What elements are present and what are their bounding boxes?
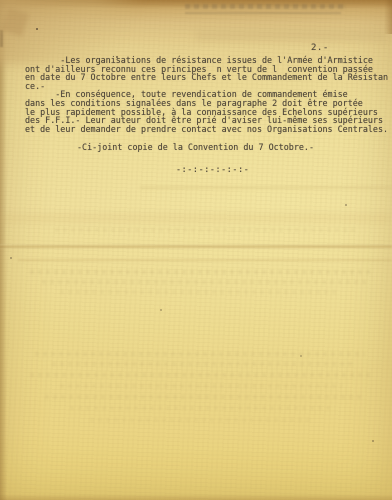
ink-speck: [372, 440, 374, 442]
ghost-text-band: [185, 4, 346, 14]
paper-edge-mark: [0, 30, 3, 47]
paper-stain-mark: [1, 7, 29, 37]
ink-speck: [345, 204, 347, 206]
ink-speck: [300, 355, 302, 357]
bleed-through-text: [52, 362, 352, 366]
paper-crease: [0, 244, 392, 249]
dotted-separator: -:-:-:-:-:-:-: [176, 164, 249, 174]
paper-edge-left: [0, 0, 7, 500]
paper-edge-right: [384, 0, 392, 34]
paper-crease: [140, 186, 392, 189]
document-body: -Les organisations de résistance issues …: [25, 56, 392, 133]
attachment-note: -Ci-joint copie de la Convention du 7 Oc…: [77, 142, 314, 152]
document-page: 2.- -Les organisations de résistance iss…: [0, 0, 392, 500]
ink-speck: [160, 309, 162, 311]
ink-speck: [36, 28, 38, 30]
paper-smudge: [196, 30, 386, 41]
bleed-through-text: [30, 373, 370, 377]
paper-edge-top: [0, 0, 392, 9]
bleed-through-text: [30, 270, 370, 274]
bleed-through-text: [90, 418, 310, 422]
bleed-through-text: [42, 280, 370, 284]
bleed-through-text: [45, 395, 365, 399]
ghost-underline: [185, 12, 341, 14]
page-number: 2.-: [311, 43, 329, 53]
ink-speck: [10, 257, 12, 259]
bleed-through-text: [55, 228, 355, 232]
bleed-through-text: [60, 384, 342, 388]
bleed-through-text: [70, 406, 330, 410]
bleed-through-text: [35, 352, 365, 356]
paper-crease: [18, 258, 392, 262]
bleed-through-text: [60, 290, 340, 294]
body-line: et de leur demander de prendre contact a…: [25, 125, 392, 134]
ghost-text-strokes: [185, 4, 346, 9]
body-line: en date du 7 Octobre entre leurs Chefs e…: [25, 73, 392, 82]
paper-crease: [0, 213, 392, 223]
paper-edge-bottom: [0, 494, 392, 500]
